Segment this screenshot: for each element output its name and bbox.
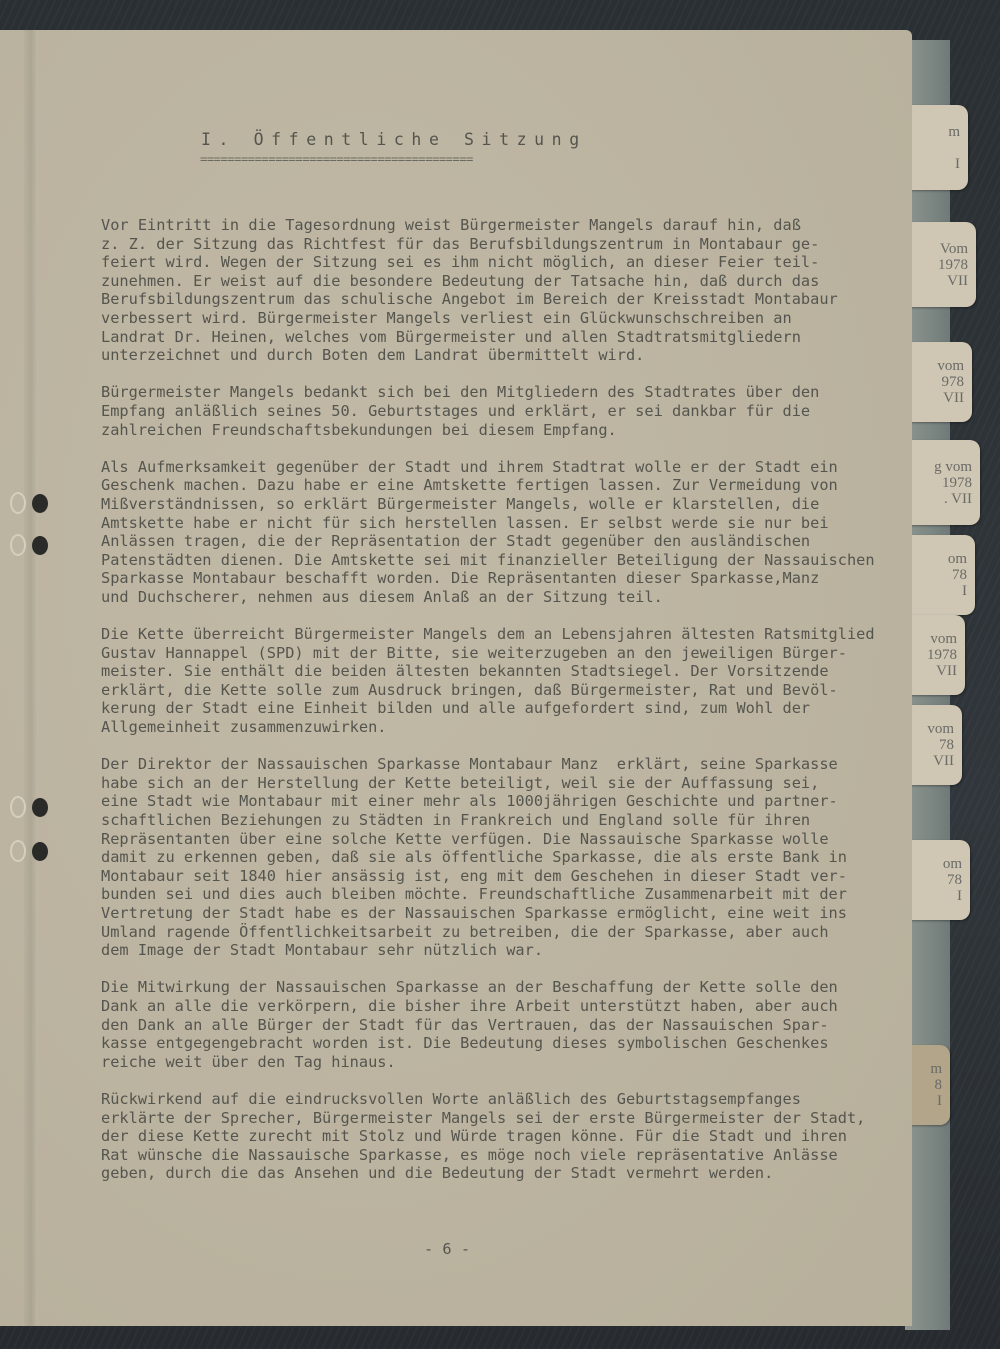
text-line: geben, durch die das Ansehen und die Bed… (101, 1164, 891, 1183)
text-line: dem Image der Stadt Montabaur sehr nützl… (101, 941, 891, 960)
binder-tab-label: om (910, 856, 962, 872)
text-line: erklärt, die Kette solle zum Ausdruck br… (101, 681, 891, 700)
text-line: erklärte der Sprecher, Bürgermeister Man… (101, 1109, 891, 1128)
text-line: kasse entgegengebracht worden ist. Die B… (101, 1034, 891, 1053)
section-heading: I. Öffentliche Sitzung (201, 131, 587, 150)
text-line: Sparkasse Montabaur beschafft worden. Di… (101, 569, 891, 588)
binder-tab-label: m (910, 124, 960, 140)
binder-tab: m I (910, 105, 968, 190)
text-line: und Duchscherer, nehmen aus diesem Anlaß… (101, 588, 891, 607)
text-line: Umland ragende Öffentlichkeitsarbeit zu … (101, 923, 891, 942)
binder-tab-label: om (910, 551, 967, 567)
binder-tab-label: Vom (910, 241, 968, 257)
text-line: Rat wünsche die Nassauische Sparkasse, e… (101, 1146, 891, 1165)
text-line: Berufsbildungszentrum das schulische Ang… (101, 290, 891, 309)
text-line: Der Direktor der Nassauischen Sparkasse … (101, 755, 891, 774)
binder-tab-label: 1978 (910, 647, 957, 663)
binder-tab-label: 78 (910, 872, 962, 888)
text-line: Empfang anläßlich seines 50. Geburtstage… (101, 402, 891, 421)
text-line: Anlässen tragen, die der Repräsentation … (101, 532, 891, 551)
text-line: Die Kette überreicht Bürgermeister Mange… (101, 625, 891, 644)
binder-tab: vom1978VII (910, 615, 965, 695)
binder-tab-label: I (910, 583, 967, 599)
binder-tab-label: VII (910, 273, 968, 289)
binder-tab-label: I (910, 888, 962, 904)
punch-hole-ghost (10, 534, 26, 556)
text-line: Rückwirkend auf die eindrucksvollen Wort… (101, 1090, 891, 1109)
text-line: damit zu erkennen geben, daß sie als öff… (101, 848, 891, 867)
text-line: Die Mitwirkung der Nassauischen Sparkass… (101, 978, 891, 997)
binder-tab-label: m (910, 1061, 942, 1077)
text-line: Vertretung der Stadt habe es der Nassaui… (101, 904, 891, 923)
binder-tab-label: . VII (910, 491, 972, 507)
binder-tab-label (910, 140, 960, 156)
text-line: unterzeichnet und durch Boten dem Landra… (101, 346, 891, 365)
text-line: den Dank an alle Bürger der Stadt für da… (101, 1016, 891, 1035)
binder-tab: om78I (910, 535, 975, 615)
punch-hole-ghost (10, 492, 26, 514)
paragraph: Bürgermeister Mangels bedankt sich bei d… (101, 383, 891, 439)
page-number: - 6 - (424, 1240, 470, 1259)
punch-hole-ghost (10, 796, 26, 818)
heading-underline: ======================================== (200, 150, 473, 169)
text-line: Dank an alle die verkörpern, die bisher … (101, 997, 891, 1016)
binder-tab: g vom1978. VII (910, 440, 980, 525)
text-line: Vor Eintritt in die Tagesordnung weist B… (101, 216, 891, 235)
text-line: z. Z. der Sitzung das Richtfest für das … (101, 235, 891, 254)
binder-tab-label: 978 (910, 374, 964, 390)
binder-tab: m8I (910, 1045, 950, 1125)
text-line: Allgemeinheit zusammenzuwirken. (101, 718, 891, 737)
binder-tab-label: 78 (910, 567, 967, 583)
binder-tab-label: vom (910, 721, 954, 737)
binder-tab: vom78VII (910, 705, 962, 785)
paragraph: Rückwirkend auf die eindrucksvollen Wort… (101, 1090, 891, 1183)
binder-tab-label: I (910, 156, 960, 172)
binder-tab-label: VII (910, 663, 957, 679)
paragraph: Die Kette überreicht Bürgermeister Mange… (101, 625, 891, 737)
text-line: Repräsentanten über eine solche Kette ve… (101, 830, 891, 849)
text-line: bunden sei und dies auch bleiben möchte.… (101, 885, 891, 904)
binder-tab-label: vom (910, 631, 957, 647)
text-line: verbessert wird. Bürgermeister Mangels v… (101, 309, 891, 328)
text-line: der diese Kette zurecht mit Stolz und Wü… (101, 1127, 891, 1146)
binder-tab: om78I (910, 840, 970, 920)
binder-tab-label: 8 (910, 1077, 942, 1093)
binder-tab-label: 1978 (910, 475, 972, 491)
text-line: Montabaur seit 1840 hier ansässig ist, e… (101, 867, 891, 886)
text-line: zahlreichen Freundschaftsbekundungen bei… (101, 421, 891, 440)
punch-hole (32, 536, 48, 555)
text-line: zunehmen. Er weist auf die besondere Bed… (101, 272, 891, 291)
binder-tab-label: g vom (910, 459, 972, 475)
text-line: Als Aufmerksamkeit gegenüber der Stadt u… (101, 458, 891, 477)
text-line: Landrat Dr. Heinen, welches vom Bürgerme… (101, 328, 891, 347)
text-line: reiche weit über den Tag hinaus. (101, 1053, 891, 1072)
text-line: Bürgermeister Mangels bedankt sich bei d… (101, 383, 891, 402)
text-line: feiert wird. Wegen der Sitzung sei es ih… (101, 253, 891, 272)
text-line: Mißverständnissen, so erklärt Bürgermeis… (101, 495, 891, 514)
binder-tab-label: VII (910, 390, 964, 406)
punch-hole-ghost (10, 840, 26, 862)
text-line: kerung der Stadt eine Einheit bilden und… (101, 699, 891, 718)
binder-tab-label: 78 (910, 737, 954, 753)
text-line: Amtskette habe er nicht für sich herstel… (101, 514, 891, 533)
text-line: Geschenk machen. Dazu habe er eine Amtsk… (101, 476, 891, 495)
text-line: Gustav Hannappel (SPD) mit der Bitte, si… (101, 644, 891, 663)
text-line: Patenstädten dienen. Die Amtskette sei m… (101, 551, 891, 570)
paragraph: Vor Eintritt in die Tagesordnung weist B… (101, 216, 891, 365)
text-line: meister. Sie enthält die beiden ältesten… (101, 662, 891, 681)
paragraph: Der Direktor der Nassauischen Sparkasse … (101, 755, 891, 960)
binder-tab: vom978VII (910, 342, 972, 422)
page-fold (24, 30, 38, 1326)
binder-tab-label: I (910, 1093, 942, 1109)
binder-tab-label: vom (910, 358, 964, 374)
punch-hole (32, 494, 48, 513)
binder-tab: Vom1978VII (910, 222, 976, 307)
paragraph: Als Aufmerksamkeit gegenüber der Stadt u… (101, 458, 891, 607)
text-line: habe sich an der Herstellung der Kette b… (101, 774, 891, 793)
text-line: eine Stadt wie Montabaur mit einer mehr … (101, 792, 891, 811)
text-line: schaftlichen Beziehungen zu Städten in F… (101, 811, 891, 830)
binder-tab-label: VII (910, 753, 954, 769)
paragraph: Die Mitwirkung der Nassauischen Sparkass… (101, 978, 891, 1071)
document-body: Vor Eintritt in die Tagesordnung weist B… (101, 216, 891, 1201)
punch-hole (32, 798, 48, 817)
binder-tab-label: 1978 (910, 257, 968, 273)
punch-hole (32, 842, 48, 861)
